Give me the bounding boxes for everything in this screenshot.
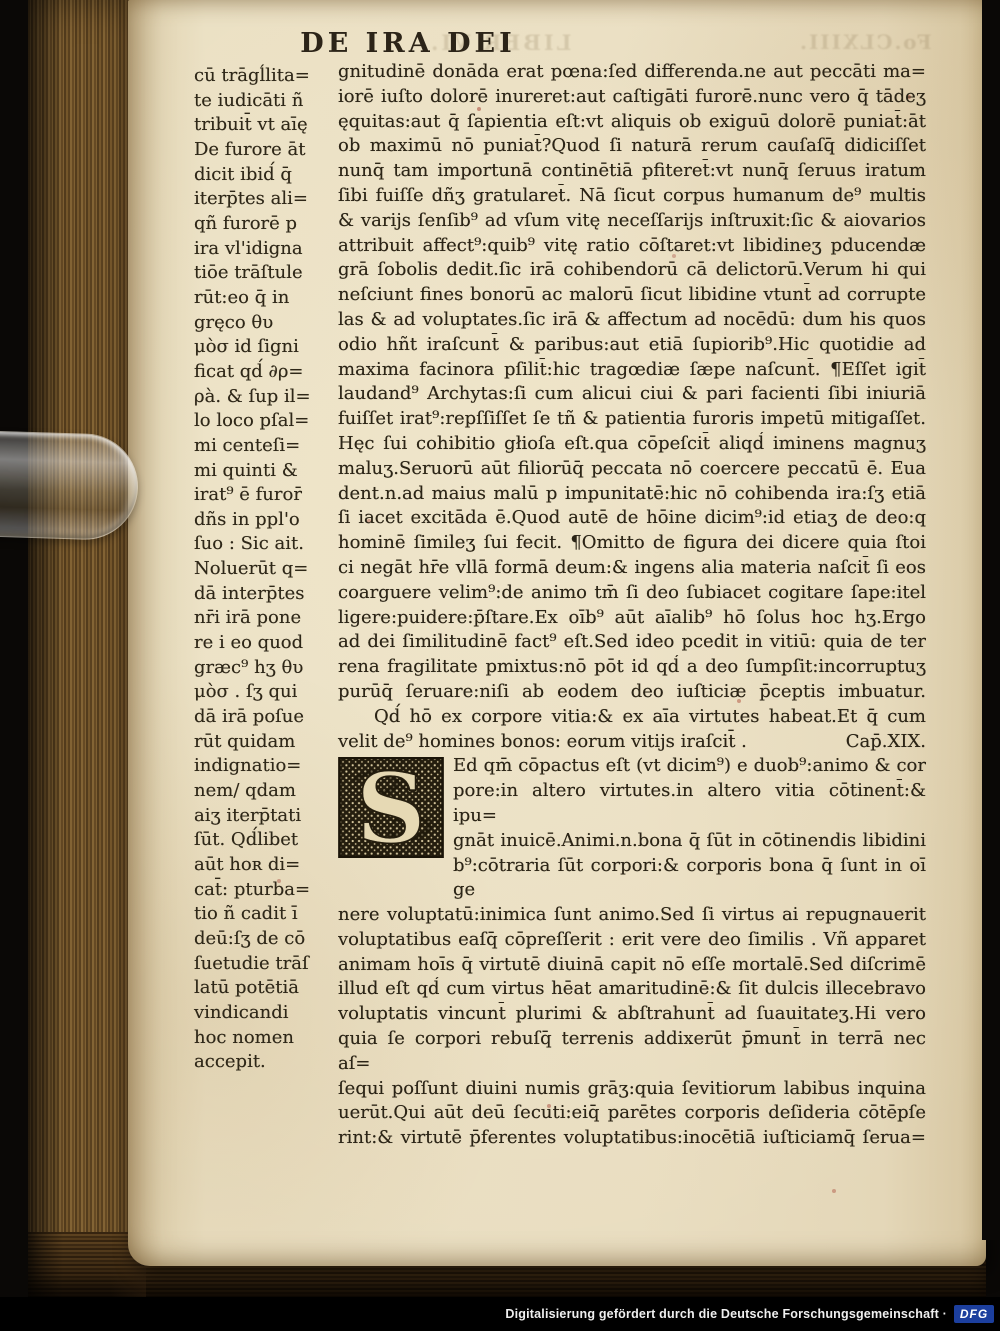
gloss-line: deū:ſʒ de cō xyxy=(194,927,332,952)
paragraph-2: S Ed qm̄ cōpactus eſt (vt dicim⁹) e duob… xyxy=(338,754,926,1151)
woodcut-initial-S: S xyxy=(338,757,444,858)
gloss-line: irat⁹ ē furor̄ xyxy=(194,483,332,508)
gloss-line: ira vl'idigna xyxy=(194,237,332,262)
dfg-logo: DFG xyxy=(954,1305,994,1323)
gloss-line: græc⁹ hʒ θυ xyxy=(194,656,332,681)
gloss-line: μὸσ . ſʒ qui xyxy=(194,680,332,705)
text-line: grā ſobolis dedit.ſic irā cohibendorū cā… xyxy=(338,258,926,283)
gloss-line: nr̄i irā pone xyxy=(194,606,332,631)
gloss-line: dicit ibid́ q̄ xyxy=(194,163,332,188)
text-line: Ed qm̄ cōpactus eſt (vt dicim⁹) e duob⁹:… xyxy=(453,754,926,779)
gloss-line: μὸσ id ſigni xyxy=(194,335,332,360)
scan-background-edge xyxy=(982,0,1000,1240)
text-line: ęquitas:aut q̄ ſapientia eſt:vt aliquis … xyxy=(338,110,926,135)
digitization-credit-text: Digitalisierung gefördert durch die Deut… xyxy=(505,1307,947,1321)
text-line: ſi iacet excitāda ē.Quod autē de hōine d… xyxy=(338,506,926,531)
gloss-line: hoc nomen xyxy=(194,1026,332,1051)
gloss-line: Noluerūt q= xyxy=(194,557,332,582)
gloss-line: dñs in ppl'o xyxy=(194,508,332,533)
gloss-line: tiōe trāſtule xyxy=(194,261,332,286)
gloss-line: nem/ qdam xyxy=(194,779,332,804)
text-line: uerūt.Qui aūt deū ſecuti:eiq̄ parētes co… xyxy=(338,1101,926,1126)
gloss-line: te iudicāti ñ xyxy=(194,89,332,114)
text-line: voluptatis vincunt̄ plurimi & abſtrahunt… xyxy=(338,1002,926,1027)
text-line: coarguere velim⁹:de animo tm̄ ſi deo ſub… xyxy=(338,581,926,606)
gloss-line: ficat qd́ ∂ρ= xyxy=(194,360,332,385)
text-line: las & ad voluptates.ſic irā & affectum a… xyxy=(338,308,926,333)
gloss-line: rūt:eo q̄ in xyxy=(194,286,332,311)
text-line: nere voluptatū:inimica ſunt animo.Sed ſi… xyxy=(338,903,926,928)
text-line: fuiſſet irat⁹:repſſiſſet ſe tñ & patient… xyxy=(338,407,926,432)
text-line: rint:& virtutē p̄ferentes voluptatibus:i… xyxy=(338,1126,926,1151)
chapter-number: Cap̄.XIX. xyxy=(846,730,926,755)
marginal-gloss-column: cū trāgĺlita=te iudicāti ñtribuit̄ vt aī… xyxy=(194,64,332,1075)
gloss-line: re i eo quod xyxy=(194,631,332,656)
text-line: maxima facinora pſilit̄:hic tragœdiæ ſæp… xyxy=(338,358,926,383)
text-line: odio hñt iraſcunt̄ & paribus:aut etiā ſu… xyxy=(338,333,926,358)
text-line: illud eſt qd́ cum virtus hēat amaritudin… xyxy=(338,977,926,1002)
gloss-line: ρà. & ſup il= xyxy=(194,385,332,410)
gloss-line: aiʒ iterp̄tati xyxy=(194,804,332,829)
text-line: pore:in altero virtutes.in altero vitia … xyxy=(453,779,926,829)
gloss-line: tio ñ cadit ī xyxy=(194,902,332,927)
paper-speckles xyxy=(128,0,130,2)
text-line: rena fragilitate pmixtus:nō pōt id qd́ a… xyxy=(338,655,926,680)
gloss-line: vindicandi xyxy=(194,1001,332,1026)
gloss-line: tribuit̄ vt aīę xyxy=(194,113,332,138)
text-line: maluʒ.Seruorū aūt filiorūq̄ peccata nō c… xyxy=(338,457,926,482)
translucent-page-clamp xyxy=(0,431,140,542)
gloss-line: ſuo : Sic ait. xyxy=(194,532,332,557)
digitization-banner: Digitalisierung gefördert durch die Deut… xyxy=(0,1297,1000,1331)
text-line: laudand⁹ Archytas:ſi cum alicui ciui & p… xyxy=(338,382,926,407)
text-line: quia ſe corpori rebuſq̄ terrenis addixer… xyxy=(338,1027,926,1077)
gloss-line: dā irā poſue xyxy=(194,705,332,730)
text-line: ad dei ſimilitudinē fact⁹ eſt.Sed ideo p… xyxy=(338,630,926,655)
gloss-line: ſūt. Qd́libet xyxy=(194,828,332,853)
gloss-line: accepit. xyxy=(194,1050,332,1075)
book-scan-photo: LIBER VI. Fo.CLXIII. DE IRA DEI cū trāgĺ… xyxy=(0,0,1000,1331)
bleedthrough-folio-number: Fo.CLXIII. xyxy=(798,30,932,54)
text-line: purūq̄ ſeruare:niſi ab eodem deo iuſtici… xyxy=(338,680,926,705)
text-line: b⁹:cōtraria ſūt corpori:& corporis bona … xyxy=(453,854,926,904)
gloss-line: rūt quidam xyxy=(194,730,332,755)
gloss-line: De furore āt xyxy=(194,138,332,163)
text-line: hominē ſimileʒ ſui fecit. ¶Omitto de fig… xyxy=(338,531,926,556)
svg-text:S: S xyxy=(356,757,426,858)
chapter-heading-line: velit de⁹ homines bonos: eorum vitijs ir… xyxy=(338,730,926,755)
gloss-line: aūt hoʀ di= xyxy=(194,853,332,878)
text-line: attribuit affect⁹:quib⁹ vitę ratio cōſta… xyxy=(338,234,926,259)
chapter-intro-text: velit de⁹ homines bonos: eorum vitijs ir… xyxy=(338,730,747,755)
gloss-line: ſuetudie trāſ xyxy=(194,952,332,977)
text-line: Hęc ſui cohibitio głioſa eſt.qua cōpeſci… xyxy=(338,432,926,457)
gloss-line: iterp̄tes ali= xyxy=(194,187,332,212)
gloss-line: latū potētiā xyxy=(194,976,332,1001)
text-line: neſciunt fines bonorū ac malorū ſicut li… xyxy=(338,283,926,308)
text-line: gnāt inuicē.Animi.n.bona q̄ ſūt in cōtin… xyxy=(453,829,926,854)
gloss-line: cū trāgĺlita= xyxy=(194,64,332,89)
text-line: nunq̄ tam importunā continētiā pfiteret̄… xyxy=(338,159,926,184)
gloss-line: cat̄: pturba= xyxy=(194,878,332,903)
text-line: & varijs ſenſib⁹ ad vſum vitę neceſſarij… xyxy=(338,209,926,234)
section-summary-line: Qd́ hō ex corpore vitia:& ex aīa virtute… xyxy=(338,705,926,730)
text-line: gnitudinē donāda erat pœna:ſed differend… xyxy=(338,60,926,85)
running-title: DE IRA DEI xyxy=(128,28,688,59)
gloss-line: dā interp̄tes xyxy=(194,582,332,607)
text-line: voluptatibus eaſq̄ cōpreſſerit : erit ve… xyxy=(338,928,926,953)
gloss-line: lo loco pſal= xyxy=(194,409,332,434)
gloss-line: indignatio= xyxy=(194,754,332,779)
text-line: animam hoīs q̄ virtutē diuinā capit nō e… xyxy=(338,953,926,978)
paragraph-1: gnitudinē donāda erat pœna:ſed differend… xyxy=(338,60,926,705)
gloss-line: gręco θυ xyxy=(194,311,332,336)
main-text-column: gnitudinē donāda erat pœna:ſed differend… xyxy=(338,60,926,1151)
book-page: LIBER VI. Fo.CLXIII. DE IRA DEI cū trāgĺ… xyxy=(128,0,986,1266)
gloss-line: qñ furorē p xyxy=(194,212,332,237)
text-line: ob maximū nō puniat̄?Quod ſi naturā reru… xyxy=(338,134,926,159)
text-line: ligere:puidere:p̄ſtare.Ex oīb⁹ aūt aīali… xyxy=(338,606,926,631)
text-line: ci negāt hr̄e vllā formā deum:& ingens a… xyxy=(338,556,926,581)
text-line: ſequi poſſunt diuini numis grāʒ:quia ſev… xyxy=(338,1077,926,1102)
text-line: ſibi fuiſſe dñʒ gratularet̄. Nā ſicut co… xyxy=(338,184,926,209)
gloss-line: mi centeſi= xyxy=(194,434,332,459)
gloss-line: mi quinti & xyxy=(194,459,332,484)
text-line: iorē iuſto dolorē inureret:aut caſtigāti… xyxy=(338,85,926,110)
text-line: dent.n.ad maius malū p impunitatē:hic nō… xyxy=(338,482,926,507)
